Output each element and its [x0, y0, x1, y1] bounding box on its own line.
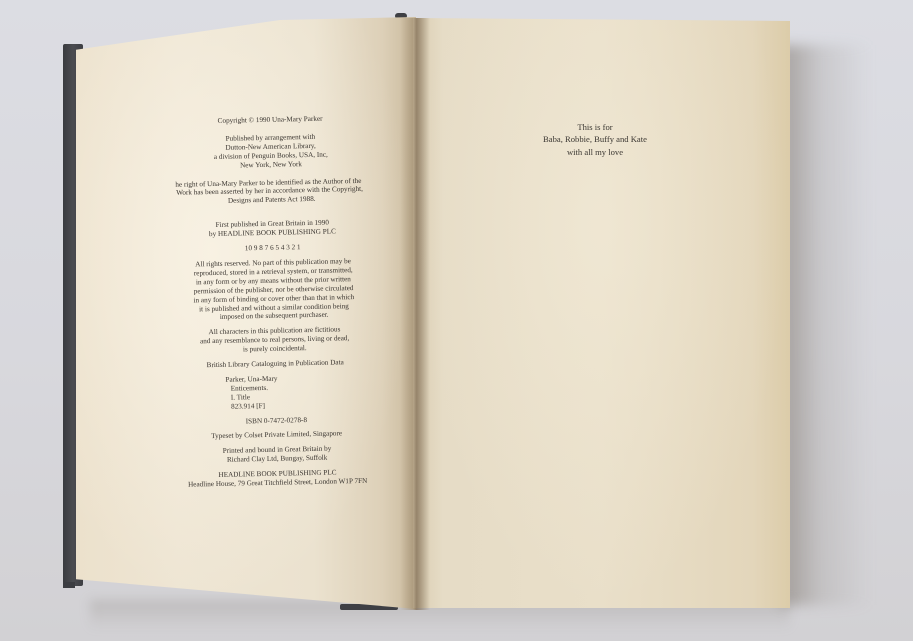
dedication-text: This is for Baba, Robbie, Buffy and Kate…: [520, 121, 670, 158]
hardcover-corner: [63, 582, 75, 588]
copyright-page-text: Copyright © 1990 Una-Mary Parker Publish…: [165, 114, 383, 490]
right-page: [413, 18, 790, 608]
dedication-line: This is for: [520, 121, 670, 133]
book-photo: Copyright © 1990 Una-Mary Parker Publish…: [0, 0, 913, 641]
page-shadow-right: [780, 45, 870, 605]
book-gutter: [400, 18, 430, 610]
dedication-line: Baba, Robbie, Buffy and Kate: [520, 133, 670, 145]
dedication-line: with all my love: [520, 146, 670, 158]
